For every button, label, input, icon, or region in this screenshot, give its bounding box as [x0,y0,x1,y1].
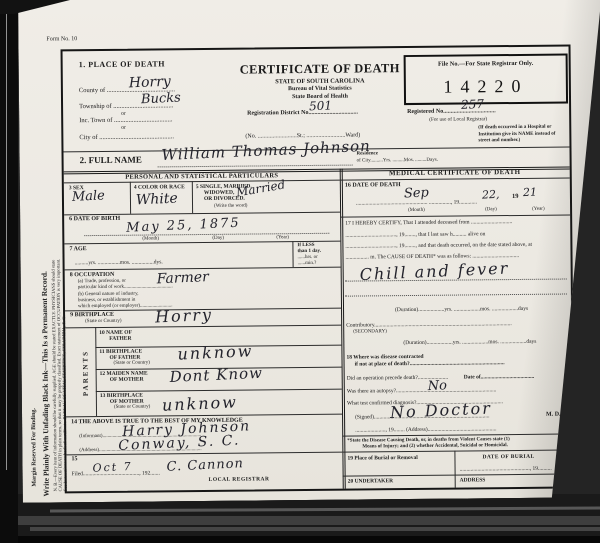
local-registrar-use-note: (For use of Local Registrar) [429,117,487,123]
dob-day-label: (Day) [212,236,224,242]
burial-place-label: 19 Place of Burial or Removal [347,455,417,462]
age-less-label-2: than 1 day. [297,249,321,255]
filed-date-handwriting: Oct 7 [92,461,133,474]
residence-word: Residence [357,151,378,157]
rule [130,182,131,214]
father-birthplace-sub-label: (State or Country) [114,361,150,367]
father-birthplace-handwriting: unknow [177,343,254,362]
birthplace-handwriting: Horry [155,307,214,326]
autopsy-handwriting: No [427,379,447,393]
mother-birthplace-sub-label: (State or Country) [114,405,150,411]
inc-town-line: Inc. Town of ...........................… [79,116,172,124]
race-handwriting: White [136,192,178,208]
dob-month-label: (Month) [142,236,159,242]
certificate-title: CERTIFICATE OF DEATH [235,61,405,77]
or-label-2: or [121,125,126,131]
rule [66,414,342,418]
death-year-handwriting: 21 [523,187,537,199]
local-registrar-label: LOCAL REGISTRAR [209,476,270,483]
parents-label: PARENTS [81,334,90,412]
full-name-label: 2. FULL NAME [80,155,142,166]
rule [95,327,97,416]
city-line: City of ................................… [79,133,174,141]
occupation-handwriting: Farmer [156,270,209,286]
rule [65,325,341,329]
rule [84,233,329,236]
birthplace-sub-label: (State or Country) [85,319,121,325]
rule [192,181,193,213]
date-of-death-label: 16 DATE OF DEATH [345,182,401,189]
mother-birthplace-handwriting: unknow [162,394,239,413]
undertaker-label: 20 UNDERTAKER [348,478,393,485]
md-label: M. D. [546,412,561,419]
form-number: Form No. 10 [46,36,77,43]
dob-year-label: (Year) [276,235,289,241]
scan-streak [50,507,600,513]
rule [342,449,572,452]
informant-address-handwriting: Conway, S. C. [118,434,241,453]
death-year-printed: 19 [512,193,519,200]
rule [64,212,340,216]
rule [340,214,570,217]
age-less-label-1: If LESS [297,243,314,249]
footnote-line-2: Means of Injury; and (2) whether Acciden… [362,443,508,450]
duration-line-2: (Duration)...................yrs. ......… [403,339,536,346]
rule [454,451,455,488]
date-address-line: ......................, 19........ (Addr… [355,426,496,434]
township-handwriting: Bucks [141,92,181,107]
rule [343,473,573,476]
mother-name-handwriting: Dont Know [169,366,263,385]
autopsy-line: Was there an autopsy?...................… [347,387,497,395]
registered-no-handwriting: 257 [461,98,484,111]
signed-handwriting: No Doctor [390,400,492,421]
file-no-box-title: File No.—For State Registrar Only. [406,60,566,69]
death-day-label: (Day) [485,207,497,213]
rule [292,241,293,267]
death-month-label: (Month) [408,208,425,214]
dob-handwriting: May 25, 1875 [126,217,241,235]
marital-sub-label: (Write the word) [214,204,247,210]
file-number-stamp: 14220 [406,76,566,99]
certify-line-3: ....................................., 1… [345,242,532,250]
registration-district-handwriting: 501 [309,99,332,112]
father-name-label-2: FATHER [109,336,131,342]
q18-label-1: 18 Where was disease contracted [346,354,423,361]
date-of-line: Date of.................................… [464,374,535,381]
scan-streak [30,527,600,531]
certify-line-2: ....................................., 1… [345,231,485,239]
contributory-line: Contributory............................… [346,321,512,329]
duration-line-1: (Duration)...................yrs. ......… [395,306,528,313]
county-handwriting: Horry [129,75,172,91]
death-month-handwriting: Sep [404,186,429,200]
q18-label-2: if not at place of death?...............… [355,360,505,368]
residence-line: of City..........Yrs. .........Mos. ....… [357,158,438,164]
dob-label: 6 DATE OF BIRTH [69,216,120,223]
death-date-dots: ........................................… [356,199,477,206]
margin-binding-note: Margin Reserved For Binding. [27,37,37,487]
age-units-line: ..........yrs. ................mos. ....… [75,259,163,266]
death-year-label: (Year) [532,207,545,213]
certify-line-1: 17 I HEREBY CERTIFY, That I attended dec… [345,219,512,227]
burial-date-line: ........................................… [460,466,552,473]
age-less-label-4: ......min.? [298,261,317,267]
certificate-page: Margin Reserved For Binding. Write Plain… [10,0,600,503]
place-of-death-title: 1. PLACE OF DEATH [79,60,165,70]
undertaker-address-label: ADDRESS [460,477,486,483]
death-day-handwriting: 22, [482,189,500,201]
age-less-label-3: ......hrs. or [298,255,318,261]
full-name-handwriting: William Thomas Johnson [161,139,371,163]
sex-handwriting: Male [72,189,105,203]
scan-streak [0,516,600,525]
secondary-label: (SECONDARY) [353,329,387,335]
filed-item-number: 15 [71,456,77,463]
hospital-note: (If death occurred in a Hospital or Inst… [478,125,566,145]
certificate-form: 1. PLACE OF DEATH County of ............… [61,44,575,493]
scanned-death-certificate: Margin Reserved For Binding. Write Plain… [0,0,600,543]
registration-district-line: Registration District No................… [247,110,358,118]
registrar-signature-handwriting: C. Cannon [166,457,244,473]
rule [345,294,567,297]
burial-date-label: DATE OF BURIAL [482,454,534,461]
rule [342,433,572,436]
mother-name-label-2: OF MOTHER [110,377,144,383]
scan-edge-line [6,0,7,470]
file-no-box: File No.—For State Registrar Only. 14220 [404,53,568,105]
age-label: 7 AGE [69,246,86,253]
rule [158,165,353,168]
scan-streak [0,536,600,543]
scan-left-edge [0,0,18,543]
rule [96,389,342,392]
